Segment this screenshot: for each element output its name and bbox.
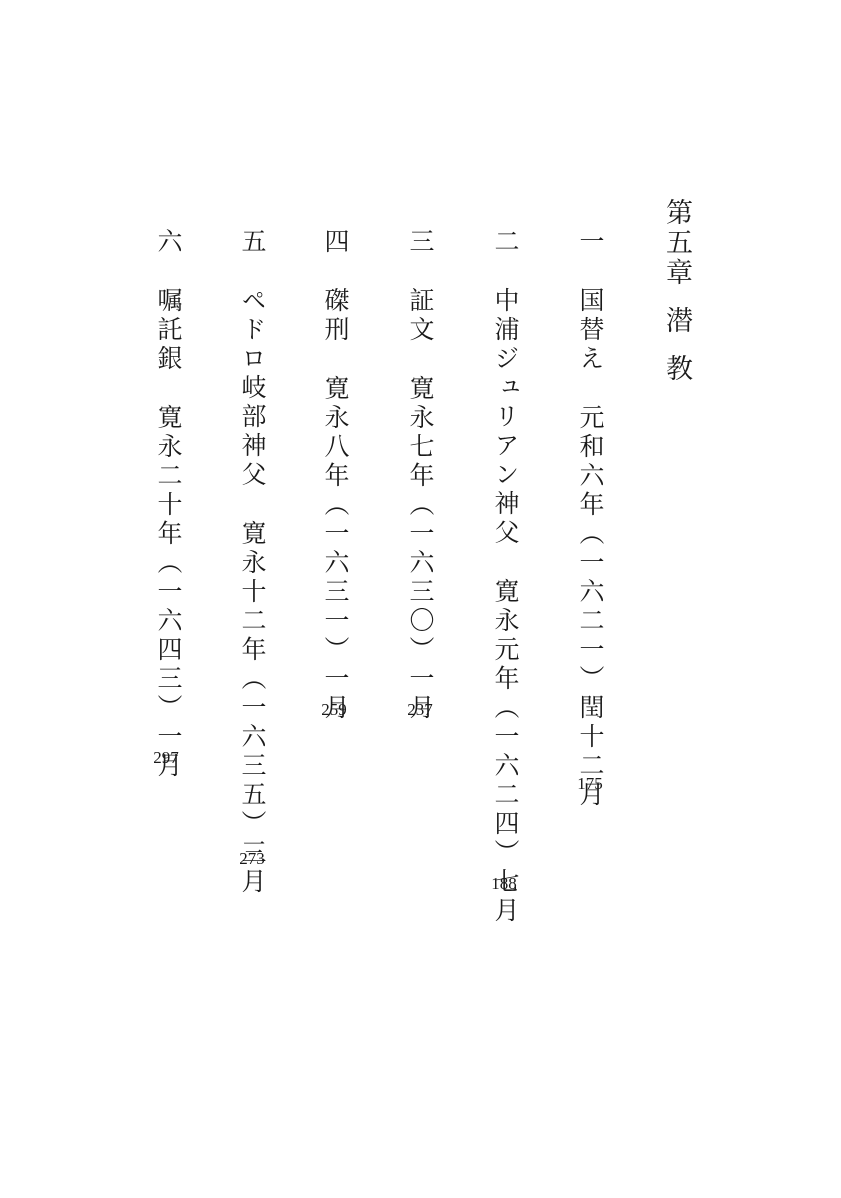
- entry-number: 二: [491, 228, 520, 257]
- toc-entry-5[interactable]: 五ペドロ岐部神父寛永十二年（一六三五）三月: [232, 228, 272, 897]
- page-number-entry-3: 237: [390, 700, 450, 720]
- entry-date: 寛永十二年（一六三五）三月: [238, 520, 267, 897]
- chapter-heading: 第五章潜教: [656, 198, 696, 384]
- toc-entry-2[interactable]: 二中浦ジュリアン神父寛永元年（一六二四）七月: [485, 228, 525, 926]
- entry-date: 寛永八年（一六三一）一月: [321, 375, 350, 723]
- entry-number: 六: [154, 228, 183, 257]
- page-number-entry-1: 175: [560, 774, 620, 794]
- toc-entry-6[interactable]: 六嘱託銀寛永二十年（一六四三）一月: [148, 228, 188, 781]
- entry-date: 寛永七年（一六三〇）一月: [406, 375, 435, 723]
- chapter-label: 第五章: [661, 198, 692, 288]
- toc-entry-1[interactable]: 一国替え元和六年（一六二一）閏十二月: [570, 228, 610, 810]
- entry-title: ペドロ岐部神父: [238, 287, 267, 490]
- entry-number: 四: [321, 228, 350, 257]
- entry-date: 元和六年（一六二一）閏十二月: [576, 404, 605, 810]
- entry-title: 磔刑: [321, 287, 350, 345]
- entry-title: 国替え: [576, 287, 605, 374]
- chapter-title-char-1: 潜: [661, 306, 692, 336]
- page-number-entry-6: 297: [136, 748, 196, 768]
- entry-number: 三: [406, 228, 435, 257]
- chapter-title-char-2: 教: [661, 354, 692, 384]
- page-number-entry-4: 259: [304, 700, 364, 720]
- entry-title: 嘱託銀: [154, 287, 183, 374]
- entry-number: 五: [238, 228, 267, 257]
- entry-title: 証文: [406, 287, 435, 345]
- toc-entry-3[interactable]: 三証文寛永七年（一六三〇）一月: [400, 228, 440, 723]
- entry-date: 寛永二十年（一六四三）一月: [154, 404, 183, 781]
- page-number-entry-2: 188: [474, 874, 534, 894]
- entry-number: 一: [576, 228, 605, 257]
- page-number-entry-5: 273: [222, 849, 282, 869]
- toc-entry-4[interactable]: 四磔刑寛永八年（一六三一）一月: [315, 228, 355, 723]
- entry-title: 中浦ジュリアン神父: [491, 287, 520, 548]
